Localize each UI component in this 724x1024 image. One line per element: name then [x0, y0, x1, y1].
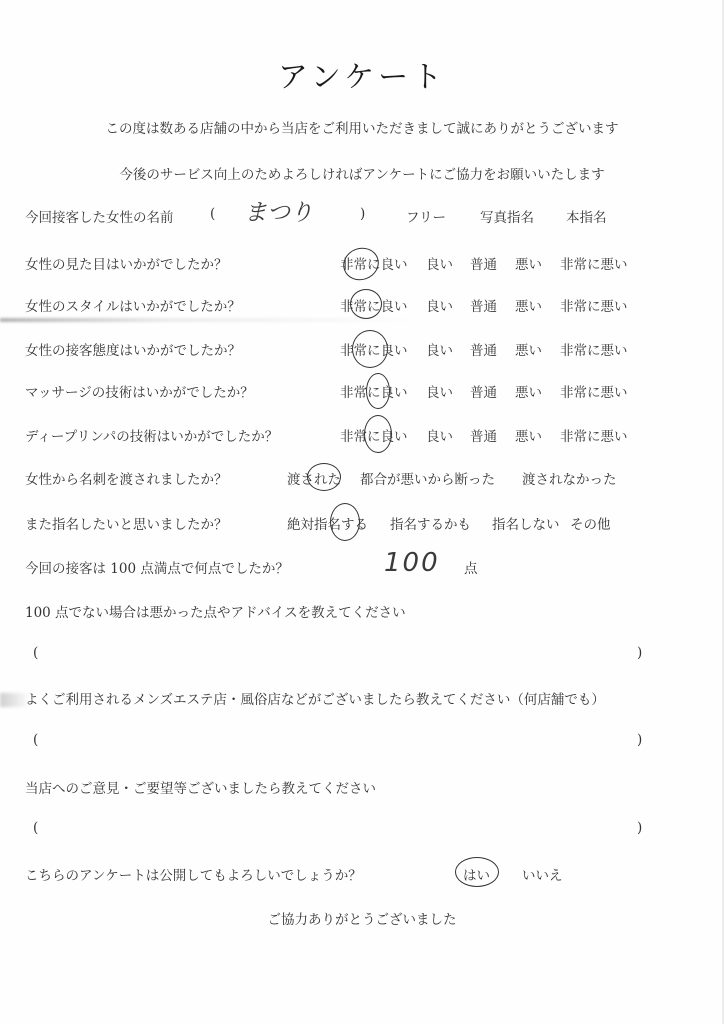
- option-good[interactable]: 良い: [426, 253, 453, 273]
- option-very-good[interactable]: 非常に良い: [340, 381, 408, 401]
- option-good[interactable]: 良い: [426, 425, 453, 445]
- rating-question-label: マッサージの技術はいかがでしたか？: [25, 381, 254, 401]
- option-declined[interactable]: 都合が悪いから断った: [360, 468, 495, 488]
- option-very-bad[interactable]: 非常に悪い: [560, 339, 628, 359]
- option-bad[interactable]: 悪い: [515, 425, 542, 445]
- name-question-label: 今回接客した女性の名前: [25, 206, 174, 226]
- open-paren: (: [33, 645, 38, 661]
- closing-message: ご協力ありがとうございました: [0, 908, 724, 928]
- rating-question-label: 女性の接客態度はいかがでしたか？: [25, 339, 241, 359]
- option-bad[interactable]: 悪い: [515, 253, 542, 273]
- option-very-good[interactable]: 非常に良い: [340, 295, 408, 315]
- page-title: アンケート: [0, 52, 724, 96]
- name-close-paren: ): [360, 206, 365, 222]
- option-yes[interactable]: はい: [463, 864, 490, 884]
- option-good[interactable]: 良い: [426, 295, 453, 315]
- option-very-good[interactable]: 非常に良い: [340, 339, 408, 359]
- open-paren: (: [33, 732, 38, 748]
- score-unit: 点: [464, 557, 478, 577]
- option-average[interactable]: 普通: [470, 339, 497, 359]
- close-paren: ): [637, 645, 642, 661]
- close-paren: ): [637, 732, 642, 748]
- option-average[interactable]: 普通: [470, 381, 497, 401]
- option-very-bad[interactable]: 非常に悪い: [560, 381, 628, 401]
- option-other[interactable]: その他: [570, 513, 611, 533]
- option-very-bad[interactable]: 非常に悪い: [560, 425, 628, 445]
- open-paren: (: [33, 820, 38, 836]
- rating-question-label: 女性のスタイルはいかがでしたか？: [25, 295, 241, 315]
- repeat-question-label: また指名したいと思いましたか？: [25, 513, 228, 533]
- option-no[interactable]: いいえ: [522, 864, 563, 884]
- option-average[interactable]: 普通: [470, 425, 497, 445]
- other-shops-text-field[interactable]: [45, 727, 630, 751]
- free-question-label: 当店へのご意見・ご要望等ございましたら教えてください: [25, 777, 376, 797]
- option-not-received[interactable]: 渡されなかった: [522, 468, 617, 488]
- option-average[interactable]: 普通: [470, 253, 497, 273]
- name-field[interactable]: まつり: [244, 194, 313, 227]
- rating-question-label: 女性の見た目はいかがでしたか？: [25, 253, 228, 273]
- option-bad[interactable]: 悪い: [515, 339, 542, 359]
- option-received[interactable]: 渡された: [287, 468, 341, 488]
- option-very-good[interactable]: 非常に良い: [340, 425, 408, 445]
- option-very-good[interactable]: 非常に良い: [340, 253, 408, 273]
- paper-fold-shadow: [0, 318, 420, 322]
- option-good[interactable]: 良い: [426, 339, 453, 359]
- option-very-bad[interactable]: 非常に悪い: [560, 253, 628, 273]
- free-question-label: 100 点でない場合は悪かった点やアドバイスを教えてください: [25, 601, 406, 621]
- option-no[interactable]: 指名しない: [492, 513, 560, 533]
- option-bad[interactable]: 悪い: [515, 295, 542, 315]
- free-question-label: よくご利用されるメンズエステ店・風俗店などがございましたら教えてください（何店舗…: [25, 688, 605, 708]
- name-open-paren: (: [210, 206, 215, 222]
- option-definitely[interactable]: 絶対指名する: [287, 513, 368, 533]
- intro-line-2: 今後のサービス向上のためよろしければアンケートにご協力をお願いいたします: [0, 163, 724, 183]
- option-average[interactable]: 普通: [470, 295, 497, 315]
- option-maybe[interactable]: 指名するかも: [390, 513, 471, 533]
- option-very-bad[interactable]: 非常に悪い: [560, 295, 628, 315]
- rating-question-label: ディープリンパの技術はいかがでしたか？: [25, 425, 278, 445]
- feedback-text-field[interactable]: [45, 815, 630, 839]
- option-main-nomination[interactable]: 本指名: [566, 206, 607, 226]
- option-photo-nomination[interactable]: 写真指名: [480, 206, 534, 226]
- option-bad[interactable]: 悪い: [515, 381, 542, 401]
- intro-line-1: この度は数ある店舗の中から当店をご利用いただきまして誠にありがとうございます: [0, 117, 724, 137]
- publish-question-label: こちらのアンケートは公開してもよろしいでしょうか？: [25, 864, 362, 884]
- advice-text-field[interactable]: [45, 640, 630, 664]
- card-question-label: 女性から名刺を渡されましたか？: [25, 468, 228, 488]
- score-question-label: 今回の接客は 100 点満点で何点でしたか？: [25, 557, 289, 577]
- option-good[interactable]: 良い: [426, 381, 453, 401]
- option-free[interactable]: フリー: [406, 206, 446, 226]
- close-paren: ): [637, 820, 642, 836]
- score-field[interactable]: 100: [384, 548, 440, 578]
